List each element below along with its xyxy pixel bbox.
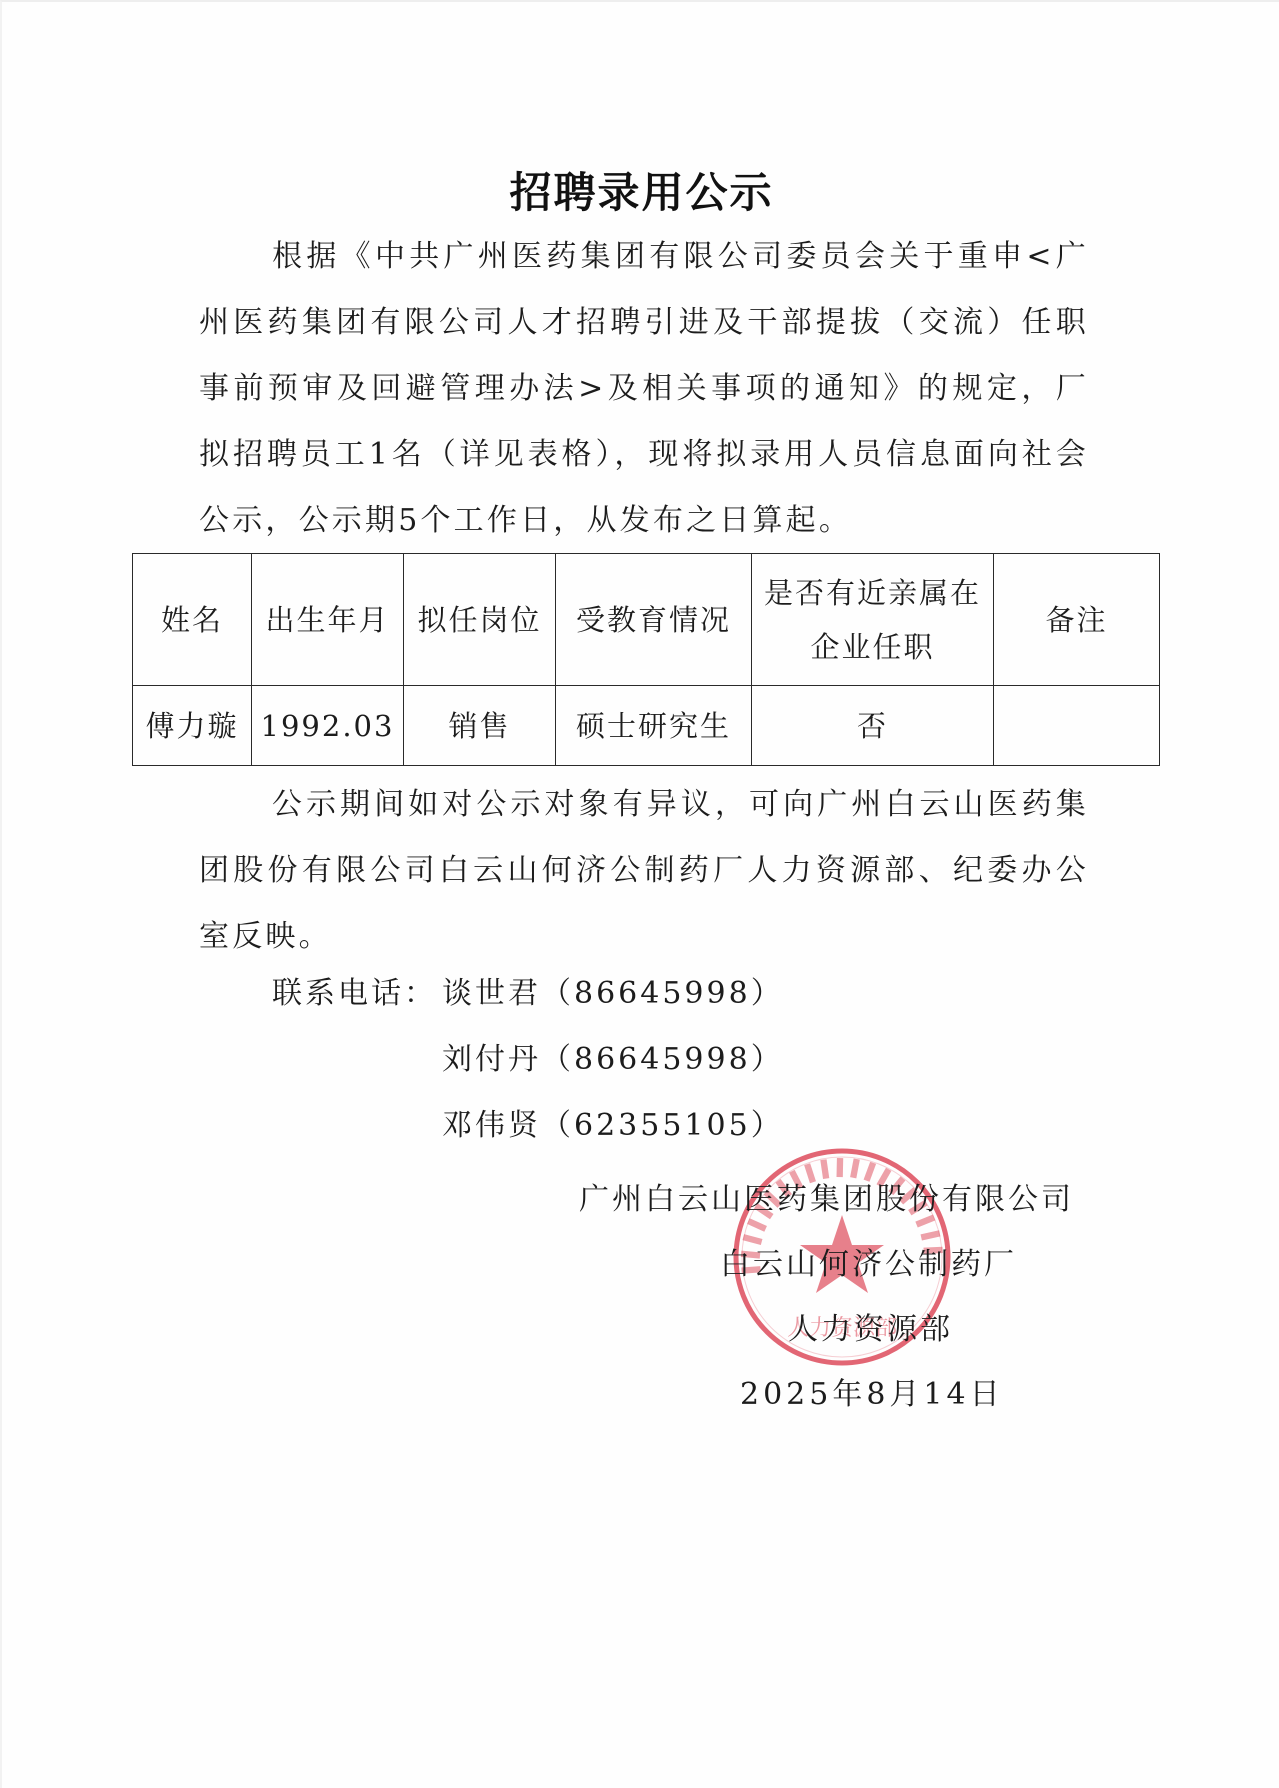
signature-department: 人力资源部 xyxy=(788,1304,953,1348)
contact-phone: （86645998） xyxy=(541,976,784,1011)
cell-birth: 1992.03 xyxy=(252,686,404,766)
header-name: 姓名 xyxy=(133,554,252,686)
cell-position: 销售 xyxy=(404,686,556,766)
header-birth: 出生年月 xyxy=(252,554,404,686)
header-education: 受教育情况 xyxy=(556,554,752,686)
candidate-table: 姓名 出生年月 拟任岗位 受教育情况 是否有近亲属在 企业任职 备注 傅力璇 1… xyxy=(132,553,1160,766)
signature-factory: 白云山何济公制药厂 xyxy=(720,1239,1017,1283)
contact-name: 刘付丹 xyxy=(442,1042,541,1077)
header-remarks: 备注 xyxy=(994,554,1160,686)
intro-paragraph: 根据《中共广州医药集团有限公司委员会关于重申<广州医药集团有限公司人才招聘引进及… xyxy=(199,224,1089,554)
contact-phone: （86645998） xyxy=(541,1042,784,1077)
cell-remarks xyxy=(994,686,1160,766)
objection-paragraph: 公示期间如对公示对象有异议，可向广州白云山医药集团股份有限公司白云山何济公制药厂… xyxy=(199,772,1089,970)
intro-paragraph-text: 根据《中共广州医药集团有限公司委员会关于重申<广州医药集团有限公司人才招聘引进及… xyxy=(199,239,1089,538)
table-row: 傅力璇 1992.03 销售 硕士研究生 否 xyxy=(133,686,1160,766)
contact-name: 谈世君 xyxy=(442,976,541,1011)
objection-paragraph-text: 公示期间如对公示对象有异议，可向广州白云山医药集团股份有限公司白云山何济公制药厂… xyxy=(199,787,1089,954)
document-title: 招聘录用公示 xyxy=(2,160,1279,220)
signature-organization: 广州白云山医药集团股份有限公司 xyxy=(579,1174,1074,1218)
contact-entry: 刘付丹（86645998） xyxy=(442,1040,784,1080)
document-page: 招聘录用公示 根据《中共广州医药集团有限公司委员会关于重申<广州医药集团有限公司… xyxy=(0,0,1279,1788)
header-position: 拟任岗位 xyxy=(404,554,556,686)
cell-education: 硕士研究生 xyxy=(556,686,752,766)
header-relatives: 是否有近亲属在 企业任职 xyxy=(752,554,994,686)
cell-name: 傅力璇 xyxy=(133,686,252,766)
contact-name: 邓伟贤 xyxy=(442,1108,541,1143)
contact-phone: （62355105） xyxy=(541,1108,784,1143)
cell-relatives: 否 xyxy=(752,686,994,766)
contact-entry: 邓伟贤（62355105） xyxy=(442,1106,784,1146)
header-relatives-line-2: 企业任职 xyxy=(752,620,993,674)
table-header-row: 姓名 出生年月 拟任岗位 受教育情况 是否有近亲属在 企业任职 备注 xyxy=(133,554,1160,686)
contact-label: 联系电话： xyxy=(272,974,437,1014)
signature-date: 2025年8月14日 xyxy=(740,1369,1004,1413)
header-relatives-line-1: 是否有近亲属在 xyxy=(752,566,993,620)
contact-entry: 谈世君（86645998） xyxy=(442,974,784,1014)
